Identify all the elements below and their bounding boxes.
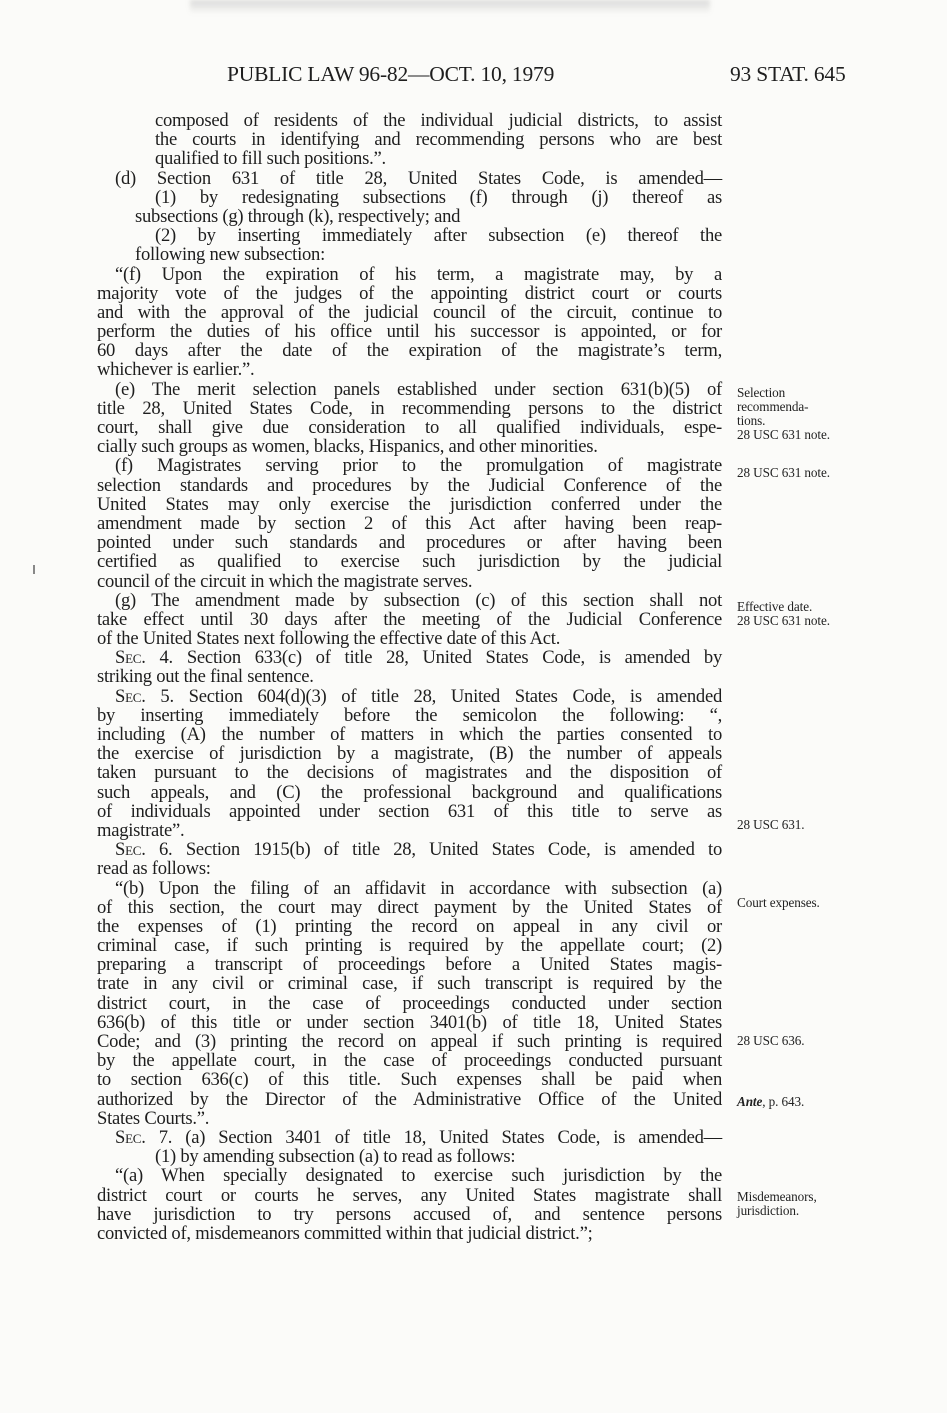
margin-note: Ante, p. 643. <box>737 1095 804 1109</box>
text-line: council of the circuit in which the magi… <box>97 572 722 591</box>
text-line: selection standards and procedures by th… <box>97 476 722 495</box>
text-line: convicted of, misdemeanors committed wit… <box>97 1224 722 1243</box>
text-line: authorized by the Director of the Admini… <box>97 1090 722 1109</box>
text-line: Sec. 4. Section 633(c) of title 28, Unit… <box>97 648 722 667</box>
margin-note: Effective date.28 USC 631 note. <box>737 600 830 628</box>
text-line: have jurisdiction to try persons accused… <box>97 1205 722 1224</box>
margin-note: Selectionrecommenda-tions.28 USC 631 not… <box>737 386 830 442</box>
text-line: by the appellate court, in the case of p… <box>97 1051 722 1070</box>
text-line: subsections (g) through (k), respectivel… <box>97 207 722 226</box>
text-line: district court, in the case of proceedin… <box>97 994 722 1013</box>
text-line: and with the approval of the judicial co… <box>97 303 722 322</box>
text-line: of this section, the court may direct pa… <box>97 898 722 917</box>
text-line: United States may only exercise the juri… <box>97 495 722 514</box>
text-line: “(a) When specially designated to exerci… <box>97 1166 722 1185</box>
paragraph-p-sec6: Sec. 6. Section 1915(b) of title 28, Uni… <box>97 840 722 1128</box>
text-line: the courts in identifying and recommendi… <box>97 130 722 149</box>
margin-note-line: 28 USC 631 note. <box>737 466 830 480</box>
text-line: (1) by amending subsection (a) to read a… <box>97 1147 722 1166</box>
paragraph-p-e: (e) The merit selection panels establish… <box>97 380 722 457</box>
scan-mark <box>33 565 35 574</box>
text-line: the expenses of (1) printing the record … <box>97 917 722 936</box>
margin-note-line: Misdemeanors, <box>737 1190 817 1204</box>
text-line: of the United States next following the … <box>97 629 722 648</box>
margin-note-line: Court expenses. <box>737 896 820 910</box>
text-line: preparing a transcript of proceedings be… <box>97 955 722 974</box>
text-line: majority vote of the judges of the appoi… <box>97 284 722 303</box>
margin-note-line: tions. <box>737 414 830 428</box>
text-line: Sec. 7. (a) Section 3401 of title 18, Un… <box>97 1128 722 1147</box>
text-line: pointed under such standards and procedu… <box>97 533 722 552</box>
text-line: Code; and (3) printing the record on app… <box>97 1032 722 1051</box>
text-line: perform the duties of his office until h… <box>97 322 722 341</box>
text-line: (g) The amendment made by subsection (c)… <box>97 591 722 610</box>
text-line: (f) Magistrates serving prior to the pro… <box>97 456 722 475</box>
text-line: (2) by inserting immediately after subse… <box>97 226 722 245</box>
margin-note: 28 USC 636. <box>737 1034 804 1048</box>
statute-text-column: composed of residents of the individual … <box>97 111 722 1243</box>
paragraph-p-sec7: Sec. 7. (a) Section 3401 of title 18, Un… <box>97 1128 722 1243</box>
text-line: cially such groups as women, blacks, His… <box>97 437 722 456</box>
text-line: certified as qualified to exercise such … <box>97 552 722 571</box>
margin-note: Court expenses. <box>737 896 820 910</box>
paragraph-p-sec5: Sec. 5. Section 604(d)(3) of title 28, U… <box>97 687 722 841</box>
text-line: whichever is earlier.”. <box>97 360 722 379</box>
margin-note-line: 28 USC 631 note. <box>737 428 830 442</box>
text-line: take effect until 30 days after the meet… <box>97 610 722 629</box>
paragraph-p-c-end: composed of residents of the individual … <box>97 111 722 169</box>
text-line: court, shall give due consideration to a… <box>97 418 722 437</box>
text-line: Sec. 6. Section 1915(b) of title 28, Uni… <box>97 840 722 859</box>
statute-page-number: 93 STAT. 645 <box>730 62 846 87</box>
text-line: 60 days after the date of the expiration… <box>97 341 722 360</box>
text-line: (1) by redesignating subsections (f) thr… <box>97 188 722 207</box>
margin-note-line: jurisdiction. <box>737 1204 817 1218</box>
margin-note-line: 28 USC 631. <box>737 818 804 832</box>
paragraph-p-f: (f) Magistrates serving prior to the pro… <box>97 456 722 590</box>
paragraph-p-g: (g) The amendment made by subsection (c)… <box>97 591 722 649</box>
text-line: criminal case, if such printing is requi… <box>97 936 722 955</box>
text-line: 636(b) of this title or under section 34… <box>97 1013 722 1032</box>
text-line: district court or courts he serves, any … <box>97 1186 722 1205</box>
text-line: qualified to fill such positions.”. <box>97 149 722 168</box>
paragraph-p-d: (d) Section 631 of title 28, United Stat… <box>97 169 722 265</box>
margin-note-line: 28 USC 631 note. <box>737 614 830 628</box>
text-line: striking out the final sentence. <box>97 667 722 686</box>
text-line: States Courts.”. <box>97 1109 722 1128</box>
margin-note-line: recommenda- <box>737 400 830 414</box>
text-line: the exercise of jurisdiction by a magist… <box>97 744 722 763</box>
text-line: “(f) Upon the expiration of his term, a … <box>97 265 722 284</box>
text-line: “(b) Upon the filing of an affidavit in … <box>97 879 722 898</box>
paragraph-p-sec4: Sec. 4. Section 633(c) of title 28, Unit… <box>97 648 722 686</box>
text-line: including (A) the number of matters in w… <box>97 725 722 744</box>
margin-note-line: 28 USC 636. <box>737 1034 804 1048</box>
text-line: composed of residents of the individual … <box>97 111 722 130</box>
margin-note-line: Selection <box>737 386 830 400</box>
text-line: amendment made by section 2 of this Act … <box>97 514 722 533</box>
text-line: taken pursuant to the decisions of magis… <box>97 763 722 782</box>
text-line: (e) The merit selection panels establish… <box>97 380 722 399</box>
text-line: of individuals appointed under section 6… <box>97 802 722 821</box>
text-line: magistrate”. <box>97 821 722 840</box>
text-line: Sec. 5. Section 604(d)(3) of title 28, U… <box>97 687 722 706</box>
margin-note: 28 USC 631. <box>737 818 804 832</box>
margin-note: Misdemeanors,jurisdiction. <box>737 1190 817 1218</box>
text-line: title 28, United States Code, in recomme… <box>97 399 722 418</box>
text-line: (d) Section 631 of title 28, United Stat… <box>97 169 722 188</box>
paragraph-p-f-quote: “(f) Upon the expiration of his term, a … <box>97 265 722 380</box>
margin-note-line: Ante, p. 643. <box>737 1095 804 1109</box>
text-line: following new subsection: <box>97 245 722 264</box>
text-line: such appeals, and (C) the professional b… <box>97 783 722 802</box>
text-line: by inserting immediately before the semi… <box>97 706 722 725</box>
text-line: read as follows: <box>97 859 722 878</box>
margin-note: 28 USC 631 note. <box>737 466 830 480</box>
bleed-through-artifact <box>190 0 710 14</box>
text-line: to section 636(c) of this title. Such ex… <box>97 1070 722 1089</box>
margin-note-line: Effective date. <box>737 600 830 614</box>
page-header: PUBLIC LAW 96-82—OCT. 10, 1979 93 STAT. … <box>0 60 947 90</box>
running-title: PUBLIC LAW 96-82—OCT. 10, 1979 <box>227 62 554 87</box>
text-line: trate in any civil or criminal case, if … <box>97 974 722 993</box>
